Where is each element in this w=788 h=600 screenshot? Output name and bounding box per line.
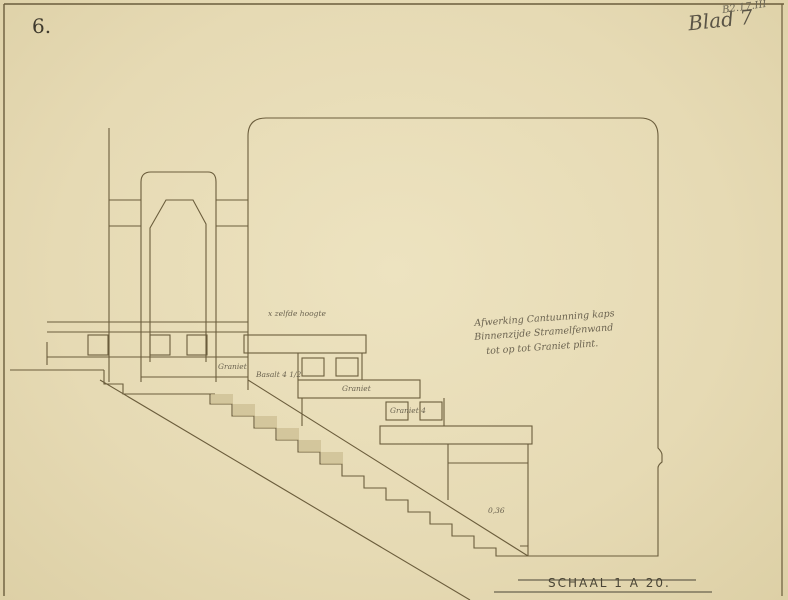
height-marker: x zelfde hoogte: [268, 309, 326, 318]
niche-outline: [141, 172, 216, 382]
scale-label: SCHAAL 1 A 20.: [548, 576, 671, 590]
stair-top-line: [248, 380, 528, 556]
sheet-number: 6.: [32, 14, 51, 38]
slab-lower: [380, 426, 532, 444]
technical-drawing: [0, 0, 788, 600]
label-materiaal: Basalt 4 1/2: [256, 370, 301, 379]
slab-top: [244, 335, 366, 353]
label-graniet-small: Graniet 4: [390, 406, 426, 415]
label-graniet-left: Graniet: [218, 362, 247, 371]
dimension-label: 0,36: [488, 506, 505, 515]
drawing-sheet: 6. Blad 7 B2.17.III Afwerking Cantuunnin…: [0, 0, 788, 600]
niche-inner: [150, 200, 206, 362]
label-graniet-mid: Graniet: [342, 384, 371, 393]
chamber-outline: [248, 118, 662, 556]
